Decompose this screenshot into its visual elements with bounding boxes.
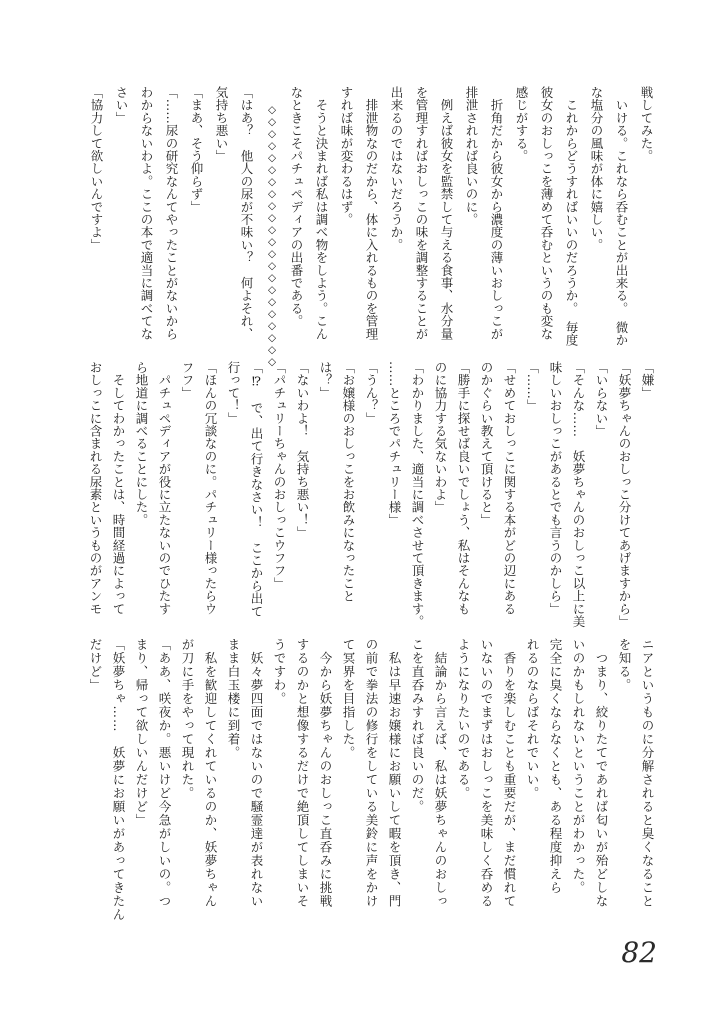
text-line: 「お嬢様のおしっこをお飲みになったこと <box>337 361 360 633</box>
text-line: は？」 <box>314 361 337 633</box>
text-line: 「わかりました、適当に調べさせて頂きます。 <box>406 361 429 633</box>
text-line: 行って！」 <box>222 361 245 633</box>
text-line: 「ほんの冗談なのに。パチュリー様ったらウ <box>199 361 222 633</box>
text-line: を知る。 <box>613 638 636 930</box>
text-line: いないのでまずはおしっこを美味しく呑める <box>475 638 498 930</box>
page-number: 82 <box>621 936 657 969</box>
text-line: 気持ち悪い」 <box>209 86 234 344</box>
text-line: な塩分の風味が体に嬉しい。 <box>584 86 609 344</box>
text-line: 出来るのではないだろうか。 <box>384 86 409 344</box>
text-line: 「妖夢ちゃ…… 妖夢にお願いがあってきたん <box>107 638 130 930</box>
text-line: パチュペディアが役に立たないのでひたす <box>153 361 176 633</box>
text-line: つまり、絞りたてであれば匂いが殆どしな <box>590 638 613 930</box>
text-line: 「⁉ で、出て行きなさい！ ここから出て <box>245 361 268 633</box>
text-line: を管理すればおしっこの味を調整することが <box>409 86 434 344</box>
text-line: わからないわよ。ここの本で適当に調べてな <box>134 86 159 344</box>
text-line: だけど」 <box>84 638 107 930</box>
text-line: いのかもしれないということがわかった。 <box>567 638 590 930</box>
text-line: 「そんな…… 妖夢ちゃんのおしっこ以上に美 <box>567 361 590 633</box>
text-line: 「……」 <box>521 361 544 633</box>
text-line: おしっこに含まれる尿素というものがアンモ <box>84 361 107 633</box>
text-line: そしてわかったことは、時間経過によって <box>107 361 130 633</box>
text-line: 私は早速お嬢様にお願いして暇を頂き、門 <box>383 638 406 930</box>
text-line: 「いらない」 <box>590 361 613 633</box>
section-separator: ◇◇◇◇◇◇◇◇◇◇◇◇◇◇◇◇◇◇◇◇◇◇ <box>259 86 284 344</box>
text-line: なときこそパチュペディアの出番である。 <box>284 86 309 344</box>
text-line: ら地道に調べることにした。 <box>130 361 153 633</box>
text-line: すれば味が変わるはず。 <box>334 86 359 344</box>
text-band-top: 戦してみた。 いける。これなら呑むことが出来る。 微かな塩分の風味が体に嬉しい。… <box>84 86 659 344</box>
text-line: 排泄されれば良いのに。 <box>459 86 484 344</box>
text-line: ニアというものに分解されると臭くなること <box>636 638 659 930</box>
text-line: 彼女のおしっこを薄めて呑むというのも変な <box>534 86 559 344</box>
text-line: ……ところでパチュリー様」 <box>383 361 406 633</box>
text-line: 「うん？」 <box>360 361 383 633</box>
text-line: 香りを楽しむことも重要だが、まだ慣れて <box>498 638 521 930</box>
text-line: 妖々夢四面ではないので騒霊達が表れない <box>245 638 268 930</box>
text-line: 今から妖夢ちゃんのおしっこ直呑みに挑戦 <box>314 638 337 930</box>
novel-page: 戦してみた。 いける。これなら呑むことが出来る。 微かな塩分の風味が体に嬉しい。… <box>0 0 717 1012</box>
text-line: 排泄物なのだから、体に入れるものを管理 <box>359 86 384 344</box>
text-line: 戦してみた。 <box>634 86 659 344</box>
text-line: 「妖夢ちゃんのおしっこ分けてあげますから」 <box>613 361 636 633</box>
text-line: のに協力する気ないわよ」 <box>429 361 452 633</box>
text-line: そうと決まれば私は調べ物をしよう。こん <box>309 86 334 344</box>
text-line: 「パチュリーちゃんのおしっこウフフ」 <box>268 361 291 633</box>
text-line: の前で拳法の修行をしている美鈴に声をかけ <box>360 638 383 930</box>
text-line: うですわ。 <box>268 638 291 930</box>
text-line: フフ」 <box>176 361 199 633</box>
text-line: 「ないわよ！ 気持ち悪い！」 <box>291 361 314 633</box>
text-line: 折角だから彼女から濃度の薄いおしっこが <box>484 86 509 344</box>
text-line: ようになりたいのである。 <box>452 638 475 930</box>
text-line: 「はあ？ 他人の尿が不味い？ 何よそれ、 <box>234 86 259 344</box>
text-line: 「協力して欲しいんですよ」 <box>84 86 109 344</box>
text-line: 完全に臭くならなくとも、ある程度抑えら <box>544 638 567 930</box>
text-line: 「勝手に探せば良いでしょう、私はそんなも <box>452 361 475 633</box>
text-line: 「まあ、そう仰らず」 <box>184 86 209 344</box>
text-line: 結論から言えば、私は妖夢ちゃんのおしっ <box>429 638 452 930</box>
text-line: するのかと想像するだけで絶頂してしまいそ <box>291 638 314 930</box>
text-line: 感じがする。 <box>509 86 534 344</box>
text-line: て冥界を目指した。 <box>337 638 360 930</box>
text-line: こを直呑みすれば良いのだ。 <box>406 638 429 930</box>
text-line: れるのならばそれでいい。 <box>521 638 544 930</box>
text-line: さい」 <box>109 86 134 344</box>
text-line: が刀に手をやって現れた。 <box>176 638 199 930</box>
text-line: 味しいおしっこがあるとでも言うのかしら」 <box>544 361 567 633</box>
text-line: 「……尿の研究なんてやったことがないから <box>159 86 184 344</box>
text-line: のかぐらい教えて頂けると」 <box>475 361 498 633</box>
text-line: まま白玉楼に到着。 <box>222 638 245 930</box>
text-band-bottom: ニアというものに分解されると臭くなることを知る。 つまり、絞りたてであれば匂いが… <box>84 638 659 930</box>
text-line: 「嫌」 <box>636 361 659 633</box>
text-band-middle: 「嫌」「妖夢ちゃんのおしっこ分けてあげますから」「いらない」「そんな…… 妖夢ち… <box>84 361 659 633</box>
text-line: いける。これなら呑むことが出来る。 微か <box>609 86 634 344</box>
text-line: これからどうすればいいのだろうか。 毎度 <box>559 86 584 344</box>
text-line: まり、帰って欲しいんだけど」 <box>130 638 153 930</box>
text-line: 「ああ、咲夜か。悪いけど今急がしいの。つ <box>153 638 176 930</box>
text-line: 私を歓迎してくれているのか、妖夢ちゃん <box>199 638 222 930</box>
text-line: 例えば彼女を監禁して与える食事、水分量 <box>434 86 459 344</box>
text-line: 「せめておしっこに関する本がどの辺にある <box>498 361 521 633</box>
